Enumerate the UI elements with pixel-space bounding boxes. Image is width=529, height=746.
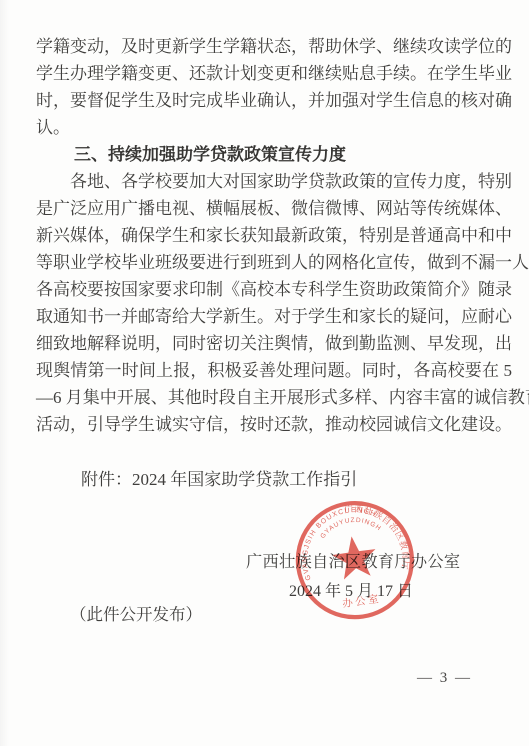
body-line: —6 月集中开展、其他时段自主开展形式多样、内容丰富的诚信教育 bbox=[36, 384, 512, 411]
seal-bottom-label: 办公室 bbox=[341, 592, 381, 610]
attachment-line: 附件：2024 年国家助学贷款工作指引 bbox=[36, 466, 512, 493]
body-line: 认。 bbox=[36, 114, 512, 141]
body-line: 各地、各学校要加大对国家助学贷款政策的宣传力度，特别 bbox=[36, 168, 512, 195]
publish-note: （此件公开发布） bbox=[36, 601, 202, 628]
document-page: 学籍变动，及时更新学生学籍状态，帮助休学、继续攻读学位的 学生办理学籍变更、还款… bbox=[0, 0, 529, 746]
page-number: — 3 — bbox=[417, 667, 472, 689]
body-line: 时，要督促学生及时完成毕业确认，并加强对学生信息的核对确 bbox=[36, 87, 512, 114]
document-body: 学籍变动，及时更新学生学籍状态，帮助休学、继续攻读学位的 学生办理学籍变更、还款… bbox=[36, 33, 512, 438]
body-line: 取通知书一并邮寄给大学新生。对于学生和家长的疑问，应耐心 bbox=[36, 303, 512, 330]
section-heading: 三、持续加强助学贷款政策宣传力度 bbox=[36, 141, 512, 168]
star-icon bbox=[330, 533, 379, 580]
official-seal-icon: GVANGJSIH BOUXCUENGH 广西壮族自治区教育厅 GYAUYUZD… bbox=[285, 490, 427, 632]
body-line: 各高校要按国家要求印制《高校本专科学生资助政策简介》随录 bbox=[36, 276, 512, 303]
body-line: 学生办理学籍变更、还款计划变更和继续贴息手续。在学生毕业 bbox=[36, 60, 512, 87]
body-line: 活动，引导学生诚实守信，按时还款，推动校园诚信文化建设。 bbox=[36, 411, 512, 438]
body-line: 等职业学校毕业班级要进行到班到人的网格化宣传，做到不漏一人。 bbox=[36, 249, 512, 276]
body-line: 现舆情第一时间上报，积极妥善处理问题。同时，各高校要在 5 bbox=[36, 357, 512, 384]
body-line: 细致地解释说明，同时密切关注舆情，做到勤监测、早发现，出 bbox=[36, 330, 512, 357]
body-line: 是广泛应用广播电视、横幅展板、微信微博、网站等传统媒体、 bbox=[36, 195, 512, 222]
body-line: 学籍变动，及时更新学生学籍状态，帮助休学、继续攻读学位的 bbox=[36, 33, 512, 60]
body-line: 新兴媒体，确保学生和家长获知最新政策，特别是普通高中和中 bbox=[36, 222, 512, 249]
